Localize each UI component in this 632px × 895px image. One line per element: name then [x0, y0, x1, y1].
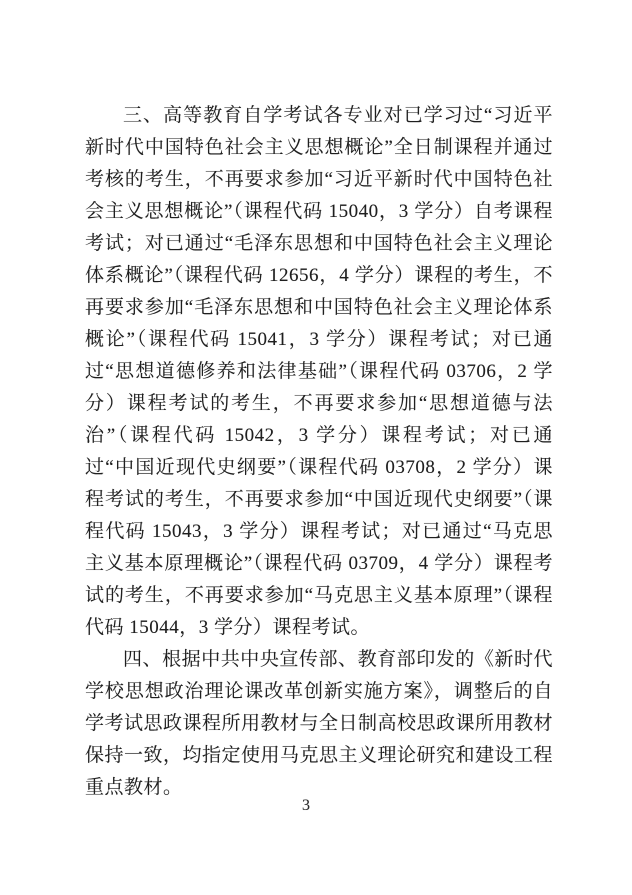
document-page: 三、高等教育自学考试各专业对已学习过“习近平新时代中国特色社会主义思想概论”全日… — [0, 0, 632, 895]
page-number: 3 — [0, 797, 612, 815]
document-body: 三、高等教育自学考试各专业对已学习过“习近平新时代中国特色社会主义思想概论”全日… — [85, 100, 553, 804]
paragraph-section-3: 三、高等教育自学考试各专业对已学习过“习近平新时代中国特色社会主义思想概论”全日… — [85, 100, 553, 644]
paragraph-section-4: 四、根据中共中央宣传部、教育部印发的《新时代学校思想政治理论课改革创新实施方案》… — [85, 644, 553, 804]
